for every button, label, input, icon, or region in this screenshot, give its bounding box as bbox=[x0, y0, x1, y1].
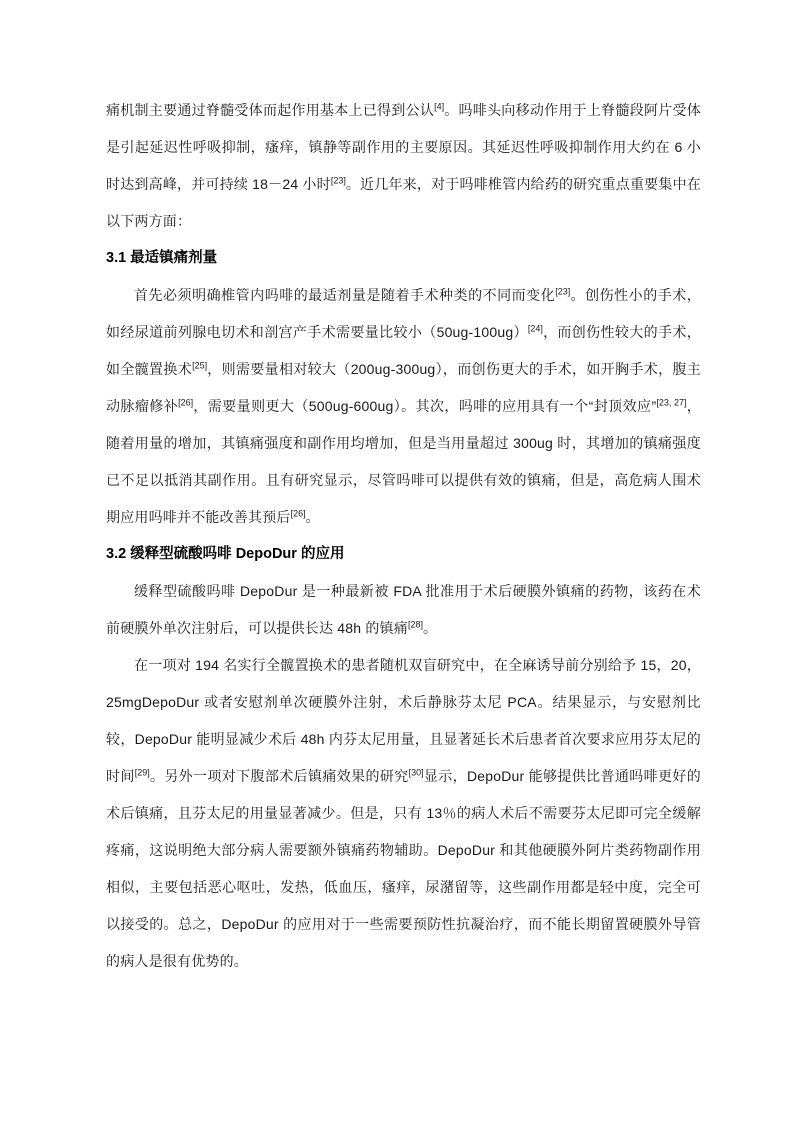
text-run: ，随着用量的增加，其镇痛强度和副作用均增加，但是当用量超过 300ug 时，其增… bbox=[106, 398, 701, 525]
paragraph: 痛机制主要通过脊髓受体而起作用基本上已得到公认[4]。吗啡头向移动作用于上脊髓段… bbox=[106, 92, 701, 240]
section-heading: 3.2 缓释型硫酸吗啡 DepoDur 的应用 bbox=[106, 536, 701, 573]
text-run: 显示，DepoDur 能够提供比普通吗啡更好的术后镇痛，且芬太尼的用量显著减少。… bbox=[106, 768, 701, 969]
citation-ref: [30] bbox=[409, 767, 424, 777]
citation-ref: [24] bbox=[528, 323, 543, 333]
text-run: 。 bbox=[306, 509, 320, 525]
paragraph: 在一项对 194 名实行全髋置换术的患者随机双盲研究中，在全麻诱导前分别给予 1… bbox=[106, 647, 701, 980]
document-page: 痛机制主要通过脊髓受体而起作用基本上已得到公认[4]。吗啡头向移动作用于上脊髓段… bbox=[0, 0, 793, 1122]
citation-ref: [23, 27] bbox=[656, 397, 686, 407]
citation-ref: [23] bbox=[331, 175, 346, 185]
document-body: 痛机制主要通过脊髓受体而起作用基本上已得到公认[4]。吗啡头向移动作用于上脊髓段… bbox=[106, 92, 701, 980]
text-run: 痛机制主要通过脊髓受体而起作用基本上已得到公认 bbox=[106, 102, 434, 118]
section-heading: 3.1 最适镇痛剂量 bbox=[106, 240, 701, 277]
text-run: 。 bbox=[423, 620, 437, 636]
citation-ref: [29] bbox=[135, 767, 150, 777]
text-run: 首先必须明确椎管内吗啡的最适剂量是随着手术种类的不同而变化 bbox=[134, 287, 555, 303]
paragraph: 缓释型硫酸吗啡 DepoDur 是一种最新被 FDA 批准用于术后硬膜外镇痛的药… bbox=[106, 573, 701, 647]
text-run: 缓释型硫酸吗啡 DepoDur 是一种最新被 FDA 批准用于术后硬膜外镇痛的药… bbox=[106, 583, 701, 636]
citation-ref: [23] bbox=[555, 286, 570, 296]
paragraph: 首先必须明确椎管内吗啡的最适剂量是随着手术种类的不同而变化[23]。创伤性小的手… bbox=[106, 277, 701, 536]
text-run: 。另外一项对下腹部术后镇痛效果的研究 bbox=[150, 768, 409, 784]
citation-ref: [26] bbox=[178, 397, 193, 407]
text-run: 在一项对 194 名实行全髋置换术的患者随机双盲研究中，在全麻诱导前分别给予 1… bbox=[106, 657, 701, 784]
citation-ref: [4] bbox=[434, 101, 444, 111]
text-run: ，需要量则更大（500ug-600ug）。其次，吗啡的应用具有一个“封顶效应” bbox=[193, 398, 656, 414]
citation-ref: [25] bbox=[192, 360, 207, 370]
citation-ref: [26] bbox=[291, 508, 306, 518]
citation-ref: [28] bbox=[408, 619, 423, 629]
